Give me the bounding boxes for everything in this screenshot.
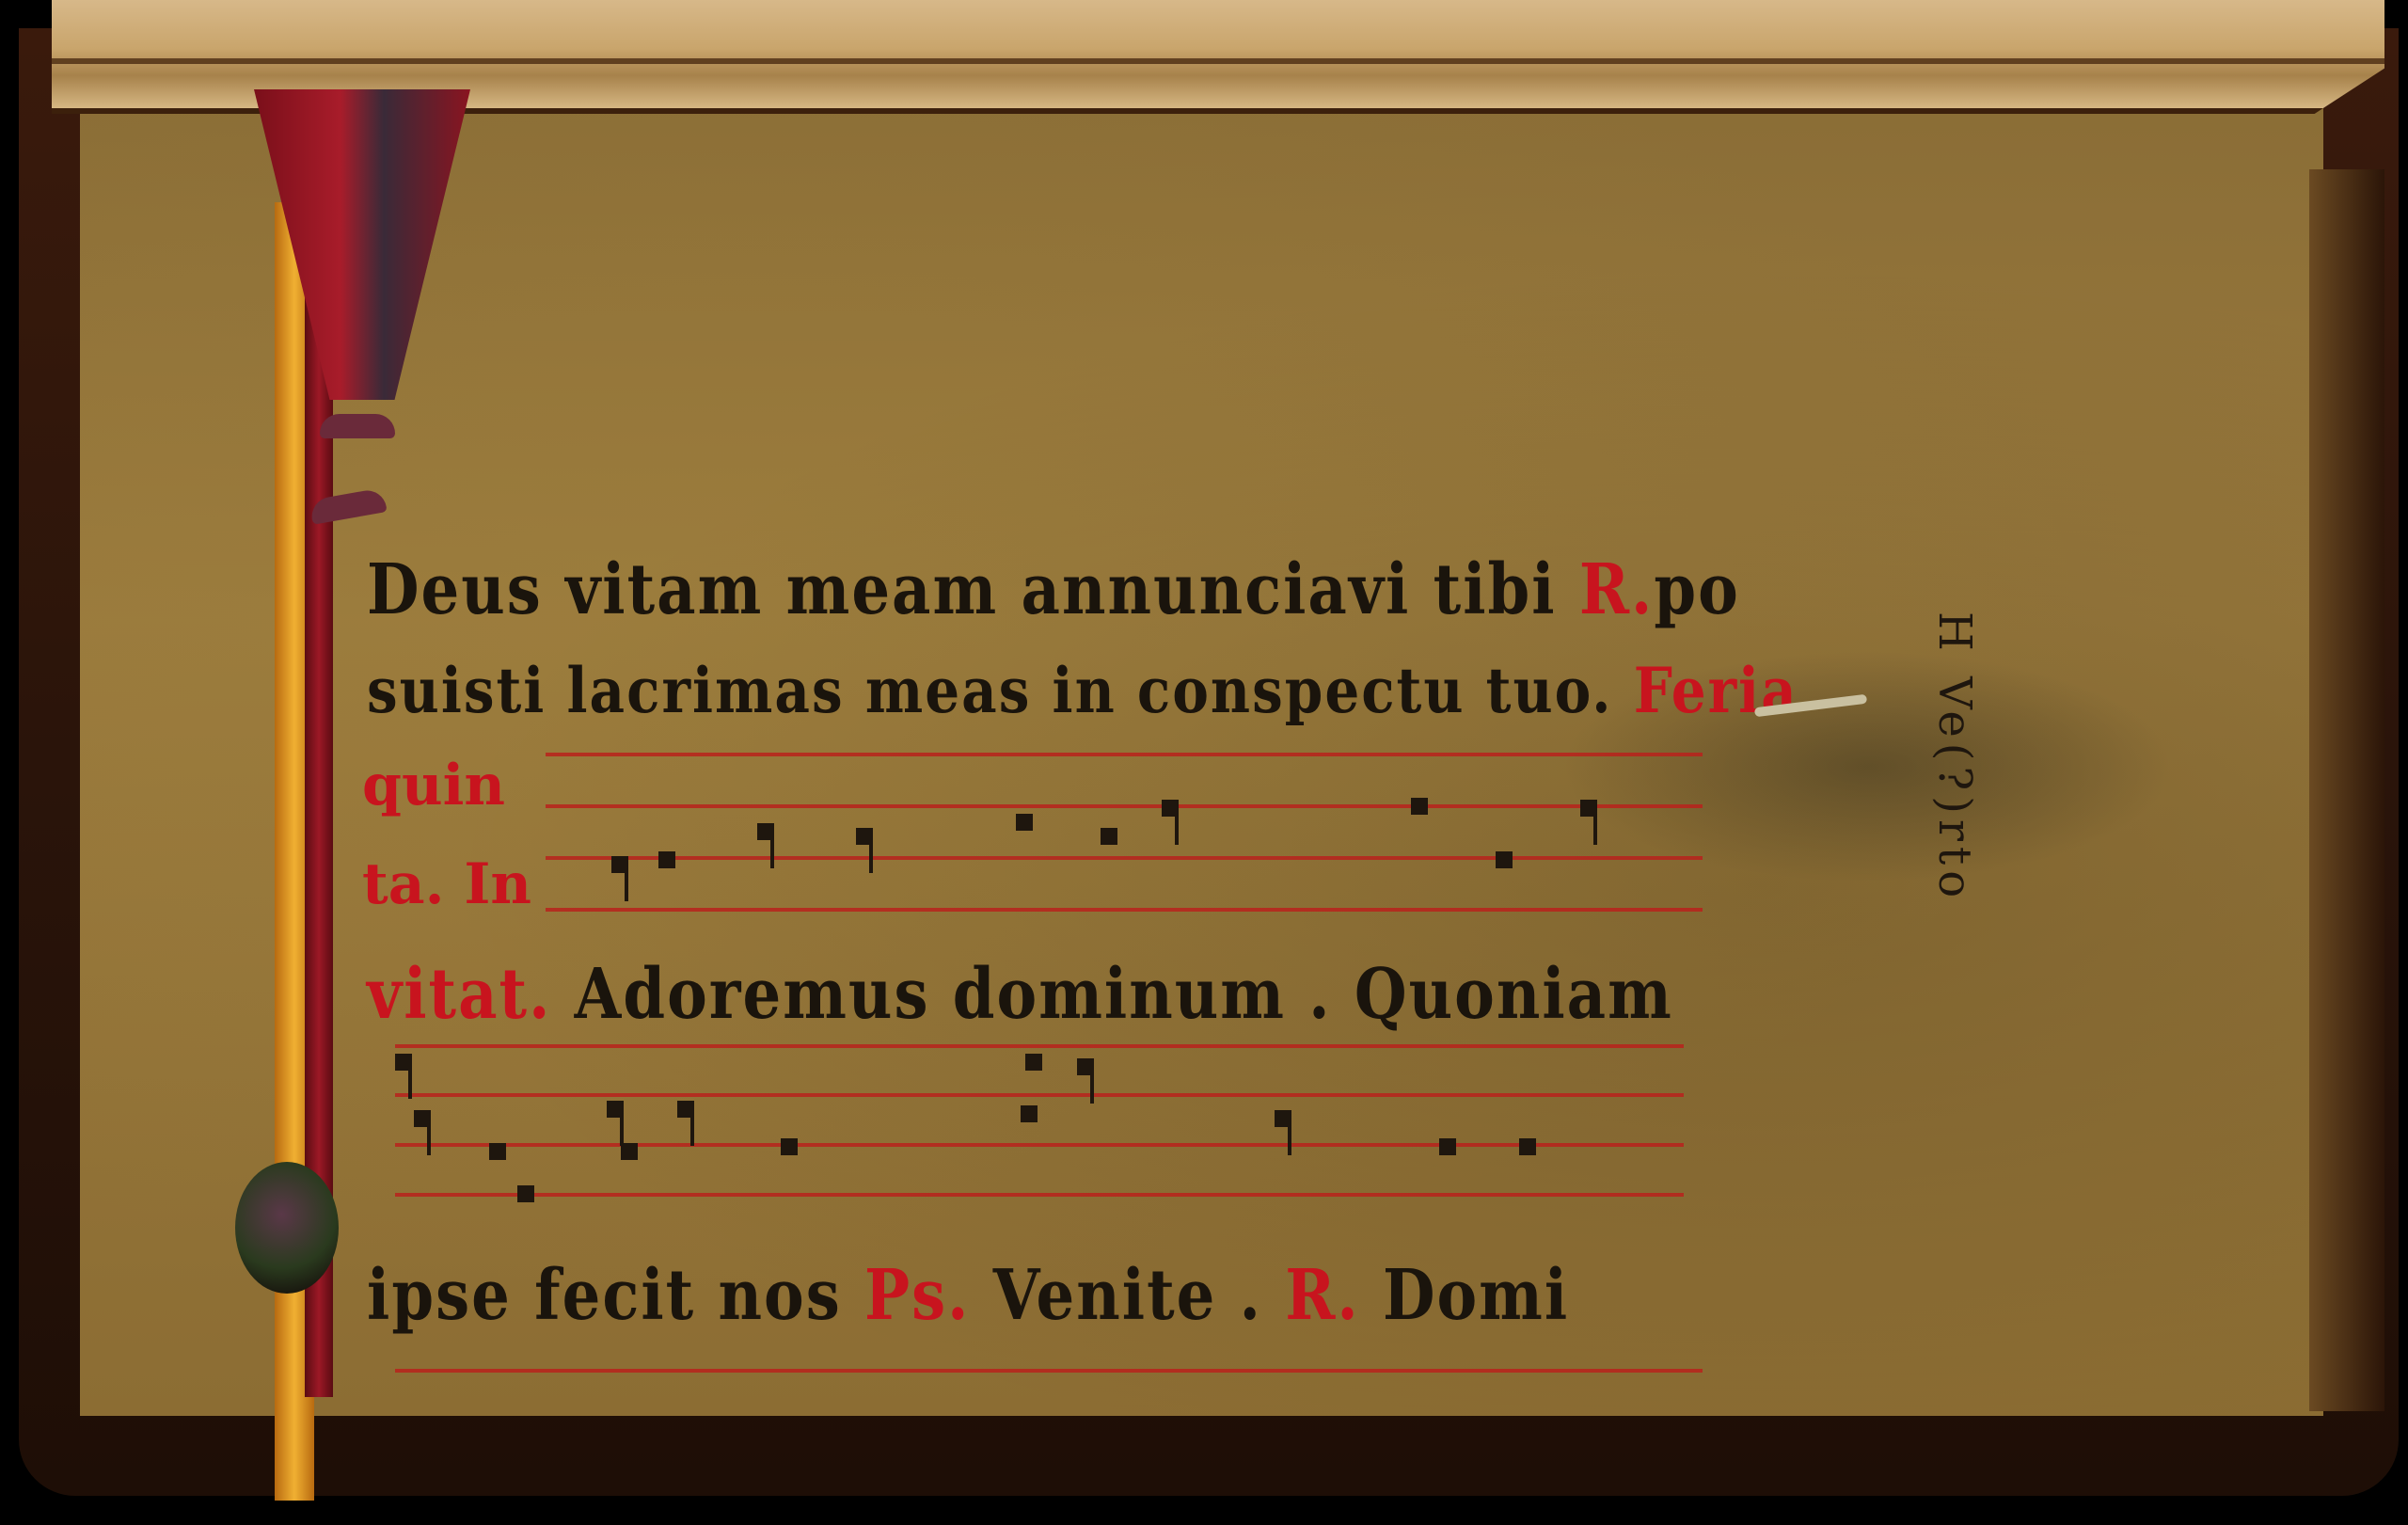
margin-rubric: quin <box>362 753 505 818</box>
shelfmark-annotation: H Ve(?)rto <box>1928 612 1981 903</box>
neume <box>395 1054 412 1071</box>
text-line-6: ipse fecit nos Ps. Venite . R. Domi <box>367 1255 1569 1336</box>
neume <box>1275 1110 1291 1127</box>
neume <box>1580 800 1597 817</box>
neume <box>489 1143 506 1160</box>
rubric: vitat. <box>367 954 551 1035</box>
neume <box>1162 800 1179 817</box>
text-line-1: Deus vitam meam annunciavi tibi R.po <box>367 549 1740 630</box>
illuminated-initial <box>254 89 357 1416</box>
neume <box>414 1110 431 1127</box>
neume <box>1016 814 1033 831</box>
chant-text: suisti lacrimas meas in conspectu tuo. <box>367 654 1613 727</box>
chant-text: Domi <box>1383 1255 1569 1336</box>
chant-text: Deus vitam meam annunciavi tibi <box>367 549 1557 630</box>
rubric: Feria <box>1634 654 1798 727</box>
foliate-leaf-icon <box>320 414 395 438</box>
staff-line <box>546 856 1703 860</box>
neume <box>1439 1138 1456 1155</box>
staff-line <box>546 804 1703 808</box>
initial-knot-ornament <box>235 1162 339 1294</box>
neume <box>1025 1054 1042 1071</box>
chant-text: ipse fecit nos <box>367 1255 842 1336</box>
staff-line <box>395 1369 1703 1373</box>
staff-line <box>546 908 1703 912</box>
neume <box>611 856 628 873</box>
staff-line <box>395 1093 1684 1097</box>
staff-line <box>546 753 1703 756</box>
neume <box>517 1185 534 1202</box>
chant-text: Adoremus dominum . Quoniam <box>575 954 1673 1035</box>
neume <box>607 1101 624 1118</box>
neume <box>677 1101 694 1118</box>
neume <box>1411 798 1428 815</box>
neume <box>1519 1138 1536 1155</box>
neume <box>1021 1105 1038 1122</box>
neume <box>1077 1058 1094 1075</box>
rubric: R. <box>1579 549 1654 630</box>
text-line-5: vitat. Adoremus dominum . Quoniam <box>367 954 1673 1035</box>
text-line-2: suisti lacrimas meas in conspectu tuo. F… <box>367 654 1798 727</box>
neume <box>856 828 873 845</box>
rubric: Ps. <box>864 1255 970 1336</box>
neume <box>658 851 675 868</box>
binding-edge <box>2309 169 2384 1411</box>
chant-text: po <box>1654 549 1739 630</box>
neume <box>757 823 774 840</box>
neume <box>621 1143 638 1160</box>
rubric: R. <box>1285 1255 1359 1336</box>
staff-line <box>395 1143 1684 1147</box>
neume <box>781 1138 798 1155</box>
staff-line <box>395 1193 1684 1197</box>
staff-line <box>395 1044 1684 1048</box>
margin-rubric: ta. In <box>362 851 531 917</box>
neume <box>1496 851 1513 868</box>
chant-text: Venite . <box>993 1255 1262 1336</box>
neume <box>1101 828 1117 845</box>
